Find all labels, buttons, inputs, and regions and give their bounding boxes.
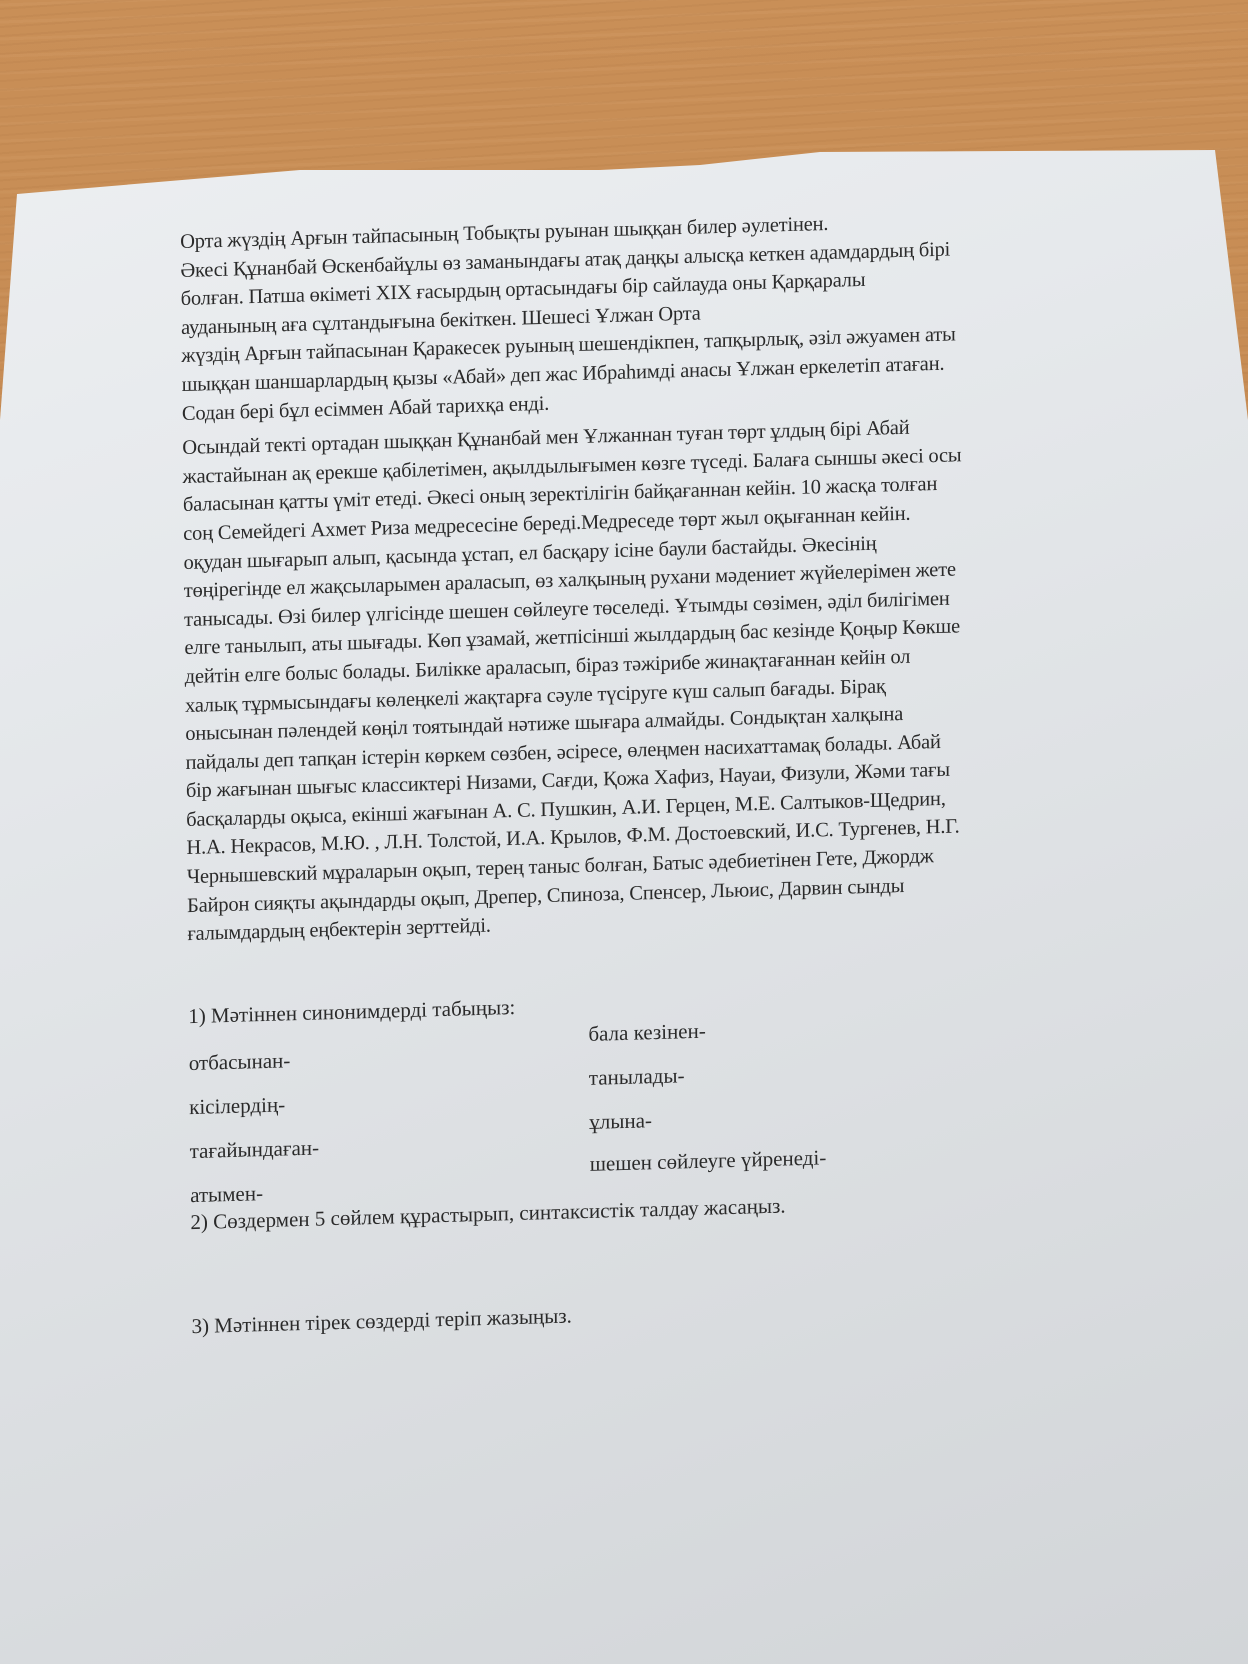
paragraph-biography: Осындай текті ортадан шыққан Құнанбай ме… [182, 408, 1107, 948]
synonym-item-right: ұлына- [589, 1108, 652, 1135]
document-content: Орта жүздің Арғын тайпасының Тобықты руы… [180, 202, 1111, 1341]
synonym-item-left: отбасынан- [189, 1048, 291, 1076]
paragraph-intro: Орта жүздің Арғын тайпасының Тобықты руы… [180, 202, 1102, 428]
synonym-item-left: атымен- [190, 1181, 263, 1208]
synonym-item-left: кісілердің- [189, 1092, 285, 1120]
tasks-section: 1) Мәтіннен синонимдерді табыңыз: отбасы… [188, 975, 1111, 1341]
synonym-list: отбасынан- кісілердің- тағайындаған- аты… [188, 1007, 1109, 1205]
synonym-item-right: шешен сөйлеуге үйренеді- [590, 1145, 827, 1177]
synonym-item-left: тағайындаған- [190, 1135, 320, 1164]
synonym-item-right: бала кезінен- [588, 1018, 706, 1046]
synonym-item-right: танылады- [589, 1063, 685, 1091]
